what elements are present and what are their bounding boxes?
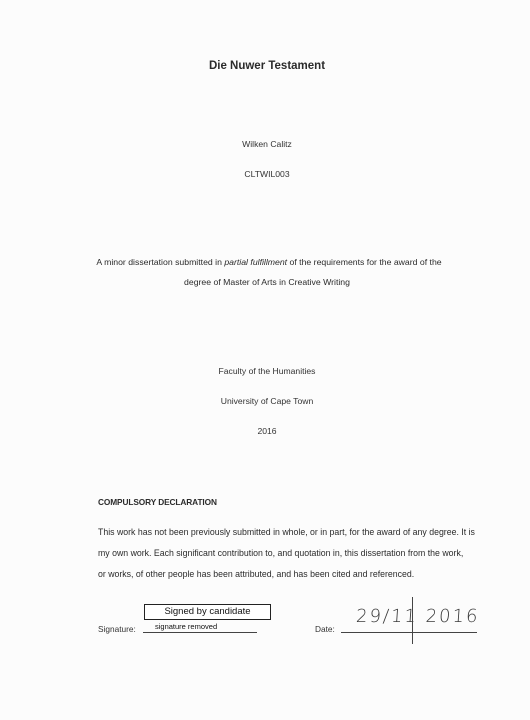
signature-value: signature removed [155,622,217,631]
description-emphasis: partial fulfillment [224,257,287,267]
signature-label: Signature: [98,624,136,634]
description-text-before: A minor dissertation submitted in [96,257,224,267]
dissertation-description-line-2: degree of Master of Arts in Creative Wri… [2,277,530,287]
document-title: Die Nuwer Testament [2,60,530,72]
declaration-line: or works, of other people has been attri… [98,564,530,585]
declaration-heading: COMPULSORY DECLARATION [98,497,217,507]
date-label: Date: [315,624,335,634]
university-name: University of Cape Town [2,396,530,406]
declaration-line: my own work. Each significant contributi… [98,543,530,564]
declaration-line: This work has not been previously submit… [98,522,530,543]
dissertation-description-line-1: A minor dissertation submitted in partia… [4,257,530,267]
handwritten-date: 29/11 2016 [355,606,480,627]
date-line [341,632,477,633]
student-number: CLTWIL003 [2,169,530,179]
declaration-paragraph: This work has not been previously submit… [98,522,530,585]
author-name: Wilken Calitz [2,139,530,149]
description-text-after: of the requirements for the award of the [287,257,442,267]
signed-by-candidate-stamp: Signed by candidate [144,604,271,620]
submission-year: 2016 [2,426,530,436]
faculty-name: Faculty of the Humanities [2,366,530,376]
handwritten-divider-stroke [412,597,413,644]
signature-line [143,632,257,633]
document-page: Die Nuwer Testament Wilken Calitz CLTWIL… [0,0,530,720]
